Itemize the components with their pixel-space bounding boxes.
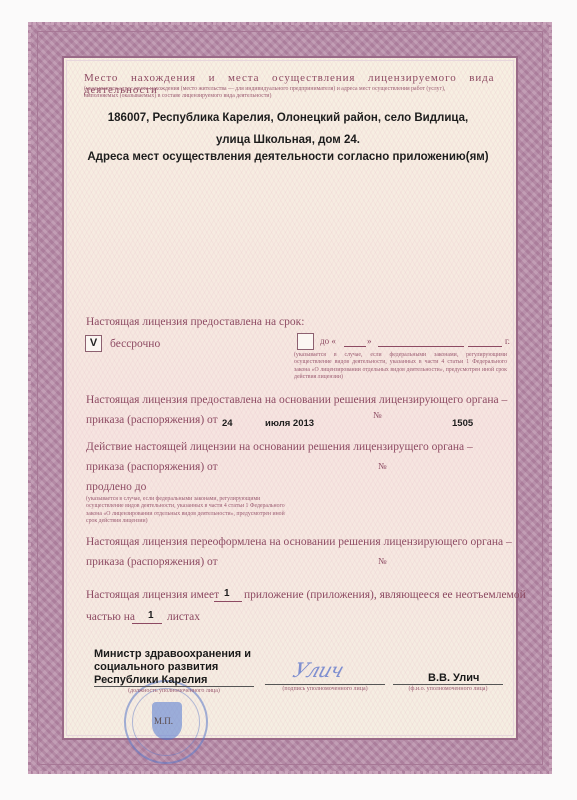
signature-caption: (подпись уполномоченного лица): [265, 686, 385, 692]
appendix-count-underline: [214, 601, 242, 602]
address-line-2: улица Школьная, дом 24.: [68, 134, 508, 146]
extension-heading: Действие настоящей лицензии на основании…: [86, 441, 473, 453]
appendix-text-3: частью на: [86, 611, 135, 623]
until-day-close: »: [367, 336, 372, 346]
basis-order-label: приказа (распоряжения) от: [86, 414, 218, 426]
position-underline: [94, 686, 254, 687]
location-note-2: выполняемых (оказываемых) в составе лице…: [84, 93, 504, 100]
position-caption: (должность уполномоченного лица): [94, 688, 254, 694]
until-year-field[interactable]: [468, 346, 502, 347]
appendix-text-1: Настоящая лицензия имеет: [86, 589, 219, 601]
position-line-2: социального развития: [94, 661, 218, 673]
stamp-label: М.П.: [154, 716, 173, 726]
until-note: (указывается в случае, если федеральными…: [294, 352, 507, 381]
address-line-1: 186007, Республика Карелия, Олонецкий ра…: [68, 112, 508, 124]
reissue-order-label: приказа (распоряжения) от: [86, 556, 218, 568]
until-day-field[interactable]: [344, 346, 366, 347]
position-line-3: Республики Карелия: [94, 674, 207, 686]
handwritten-signature: Улич: [290, 658, 346, 682]
basis-number: 1505: [452, 418, 473, 429]
basis-number-label: №: [373, 410, 382, 420]
indefinite-label: бессрочно: [110, 338, 160, 350]
until-month-field[interactable]: [378, 346, 464, 347]
indefinite-checkbox[interactable]: V: [85, 335, 102, 352]
basis-month-year: июля 2013: [265, 418, 314, 429]
name-underline: [393, 684, 503, 685]
sheets-count: 1: [148, 610, 154, 621]
until-date-checkbox[interactable]: [297, 333, 314, 350]
address-line-3: Адреса мест осуществления деятельности с…: [68, 151, 508, 163]
reissue-number-label: №: [378, 556, 387, 566]
extension-note: (указывается в случае, если федеральными…: [86, 496, 286, 525]
basis-heading: Настоящая лицензия предоставлена на осно…: [86, 394, 507, 406]
position-line-1: Министр здравоохранения и: [94, 648, 251, 660]
basis-day: 24: [222, 418, 233, 429]
appendix-text-4: листах: [167, 611, 200, 623]
signatory-name: В.В. Улич: [428, 672, 479, 684]
reissue-heading: Настоящая лицензия переоформлена на осно…: [86, 536, 512, 548]
extension-order-label: приказа (распоряжения) от: [86, 461, 218, 473]
until-prefix: до «: [320, 336, 336, 346]
extended-until-label: продлено до: [86, 481, 146, 493]
appendix-count: 1: [224, 588, 230, 599]
name-caption: (ф.и.о. уполномоченного лица): [393, 686, 503, 692]
term-heading: Настоящая лицензия предоставлена на срок…: [86, 316, 304, 328]
until-year-suffix: г.: [505, 336, 510, 346]
appendix-text-2: приложение (приложения), являющееся ее н…: [244, 589, 526, 601]
document-content: Место нахождения и места осуществления л…: [0, 0, 577, 800]
sheets-underline: [132, 623, 162, 624]
signature-underline: [265, 684, 385, 685]
extension-number-label: №: [378, 461, 387, 471]
